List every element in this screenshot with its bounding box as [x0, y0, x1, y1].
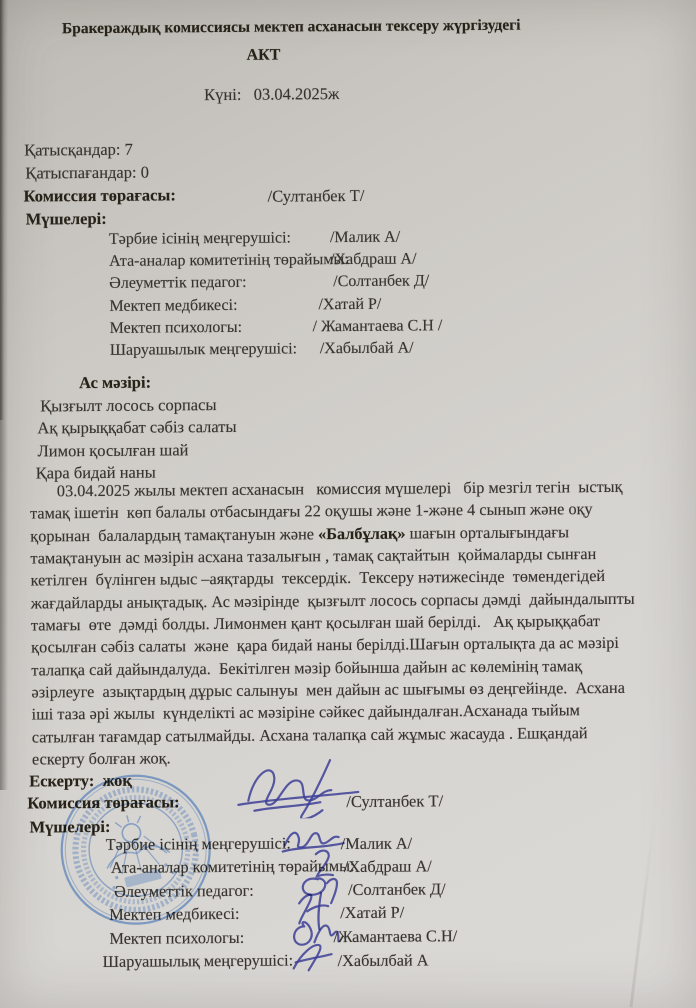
document-date: Күні: 03.04.2025ж	[0, 82, 547, 106]
body-line: сатылған тағамдар сатылмайды. Асхана тал…	[32, 723, 588, 747]
signing-name: /Солтанбек Д/	[348, 879, 446, 900]
body-line: 03.04.2025 жылы мектеп асханасын комисси…	[30, 477, 623, 502]
signing-row: Шаруашылық меңгерушісі: /Хабылбай А	[0, 0, 692, 3]
member-name: /Хатай Р/	[318, 296, 381, 314]
menu-item: Қызғылт лосось сорпасы	[40, 395, 216, 416]
signing-name: /Малик А/	[341, 834, 413, 855]
signing-row: Ата-аналар комитетінің төрайымы: /Хабдра…	[0, 0, 692, 3]
body-line: іші таза әрі жылы күнделікті ас мәзіріне…	[32, 700, 580, 724]
signing-name: /Жамантаева С.Н/	[333, 926, 457, 947]
attendance-absent: Қатыспағандар: 0	[25, 163, 149, 184]
menu-item: Лимон қосылған шай	[37, 440, 188, 461]
menu-item: Ақ қырыққабат сәбіз салаты	[37, 417, 236, 439]
body-line-segment: қорынан балалардың тамақтануын және	[30, 524, 318, 545]
member-label: Тәрбие ісінің меңгерушісі:	[109, 229, 291, 248]
signing-name: /Хатай Р/	[340, 903, 404, 924]
attendance-present: Қатысқандар: 7	[24, 140, 133, 161]
chair-name-top: /Султанбек Т/	[268, 186, 365, 207]
member-name: /Хабдраш А/	[330, 250, 417, 269]
body-line: қосылған сәбіз салаты және қара бидай на…	[31, 633, 619, 658]
signature-khabylbai	[285, 939, 335, 975]
signing-label: Шаруашылық меңгерушісі:	[103, 950, 294, 971]
body-line: тамақтануын ас мәзірін асхана тазалығын …	[30, 544, 596, 568]
document-content: Бракераждық комиссиясы мектеп асханасын …	[0, 0, 696, 1008]
member-label: Мектеп медбикесі:	[109, 297, 237, 316]
body-line-segment: шағын орталығындағы	[405, 522, 569, 542]
member-name: / Жамантаева С.Н /	[313, 317, 443, 336]
document-title: Бракераждық комиссиясы мектеп асханасын …	[36, 16, 546, 38]
members-label-top: Мүшелері:	[26, 209, 107, 230]
signing-name: /Хабдраш А/	[344, 856, 432, 877]
signing-name: /Хабылбай А	[338, 950, 429, 971]
body-line: тамағы өте дәмді болды. Лимонмен қант қо…	[31, 611, 600, 635]
member-name: /Хабылбай А/	[320, 339, 414, 358]
body-line: талапқа сай дайындалуда. Бекітілген мәзі…	[31, 656, 582, 680]
body-line: қорынан балалардың тамақтануын және «Бал…	[30, 522, 569, 546]
document-scan: Бракераждық комиссиясы мектеп асханасын …	[0, 0, 696, 1008]
members-list: Тәрбие ісінің меңгерушісі: /Малик А/ Ата…	[0, 0, 692, 3]
menu-heading: Ас мәзірі:	[79, 373, 151, 394]
body-line: тамақ ішетін көп балалы отбасындағы 22 о…	[30, 499, 593, 523]
chair-label-top: Комиссия төрағасы:	[23, 185, 175, 206]
member-label: Ата-аналар комитетінің төрайымы:	[109, 251, 349, 271]
signing-row: Мектеп психологы: /Жамантаева С.Н/	[0, 0, 692, 3]
member-name: /Малик А/	[330, 229, 400, 248]
signing-list: Тәрбие ісінің меңгерушісі: /Малик А/ Ата…	[0, 0, 692, 3]
signing-row: Тәрбие ісінің меңгерушісі: /Малик А/	[0, 0, 692, 3]
signing-row: Мектеп медбикесі: /Хатай Р/	[0, 0, 692, 3]
body-line: жағдайларды анықтадық. Ас мәзірінде қызғ…	[31, 589, 635, 614]
member-label: Шаруашылык меңгерушісі:	[110, 340, 297, 359]
body-line: кетілген бүлінген ыдыс –аяқтарды тексерд…	[31, 566, 606, 591]
signing-row: Әлеуметтік педагог: /Солтанбек Д/	[0, 0, 692, 3]
member-name: /Солтанбек Д/	[333, 272, 429, 291]
signature-chairman	[234, 754, 366, 819]
body-line-bold-segment: «Балбұлақ»	[318, 524, 406, 544]
body-line: әзірлеуге азықтардың дұрыс салынуы мен д…	[31, 678, 625, 703]
member-label: Әлеуметтік педагог:	[109, 274, 246, 293]
member-label: Мектеп психологы:	[110, 319, 243, 338]
document-subtitle-akt: АКТ	[13, 45, 513, 67]
